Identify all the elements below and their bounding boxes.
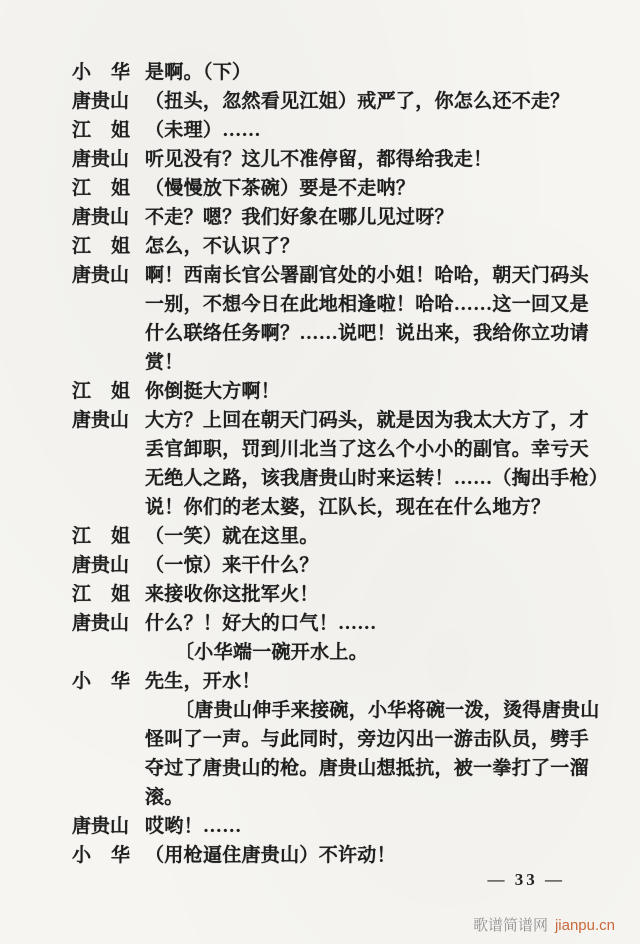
line-text: 滚。 [145,783,184,812]
speaker-name [72,783,130,812]
watermark-site-name: 歌谱简谱网 [473,917,548,934]
dialogue-line: 丢官卸职，罚到川北当了这么个小小的副官。幸亏天 [72,435,572,464]
speaker-name [72,290,130,319]
speaker-name: 唐贵山 [72,609,130,638]
speaker-name: 小华 [72,841,130,870]
dialogue-line: 唐贵山（扭头，忽然看见江姐）戒严了，你怎么还不走？ [72,87,572,116]
dialogue-line: 无绝人之路，该我唐贵山时来运转！……（掏出手枪） [72,464,572,493]
speaker-name [72,696,130,725]
speaker-name: 江姐 [72,232,130,261]
line-text: 什么？！好大的口气！…… [145,609,377,638]
speaker-name [72,464,130,493]
stage-direction-line: 〔小华端一碗开水上。 [72,638,572,667]
speaker-name: 江姐 [72,377,130,406]
line-text: （扭头，忽然看见江姐）戒严了，你怎么还不走？ [145,87,570,116]
dialogue-line: 说！你们的老太婆，江队长，现在在什么地方？ [72,493,572,522]
dialogue-line: 江姐怎么，不认识了？ [72,232,572,261]
stage-direction-line: 夺过了唐贵山的枪。唐贵山想抵抗，被一拳打了一溜 [72,754,572,783]
speaker-name: 唐贵山 [72,812,130,841]
dialogue-line: 江姐（一笑）就在这里。 [72,522,572,551]
dialogue-line: 一别，不想今日在此地相逢啦！哈哈……这一回又是 [72,290,572,319]
dialogue-line: 小华（用枪逼住唐贵山）不许动！ [72,841,572,870]
line-text: 〔唐贵山伸手来接碗，小华将碗一泼，烫得唐贵山 [145,696,600,725]
speaker-name: 江姐 [72,580,130,609]
line-text: 〔小华端一碗开水上。 [145,638,368,667]
dialogue-line: 唐贵山啊！西南长官公署副官处的小姐！哈哈，朝天门码头 [72,261,572,290]
line-text: 怎么，不认识了？ [145,232,299,261]
speaker-name: 唐贵山 [72,406,130,435]
speaker-name [72,319,130,348]
line-text: 哎哟！…… [145,812,242,841]
stage-direction-line: 滚。 [72,783,572,812]
line-text: 大方？上回在朝天门码头，就是因为我太大方了，才 [145,406,589,435]
speaker-name: 小华 [72,667,130,696]
stage-direction-line: 〔唐贵山伸手来接碗，小华将碗一泼，烫得唐贵山 [72,696,572,725]
line-text: 什么联络任务啊？……说吧！说出来，我给你立功请 [145,319,589,348]
dialogue-line: 江姐来接收你这批军火！ [72,580,572,609]
line-text: （未理）…… [145,116,261,145]
line-text: 听见没有？这儿不准停留，都得给我走！ [145,145,492,174]
dialogue-line: 唐贵山大方？上回在朝天门码头，就是因为我太大方了，才 [72,406,572,435]
line-text: 丢官卸职，罚到川北当了这么个小小的副官。幸亏天 [145,435,589,464]
scanned-script-page: 小华是啊。（下）唐贵山（扭头，忽然看见江姐）戒严了，你怎么还不走？江姐（未理）…… [0,0,640,944]
dialogue-line: 小华是啊。（下） [72,58,572,87]
speaker-name: 江姐 [72,116,130,145]
speaker-name [72,638,130,667]
dialogue-line: 唐贵山什么？！好大的口气！…… [72,609,572,638]
stage-direction-line: 怪叫了一声。与此同时，旁边闪出一游击队员，劈手 [72,725,572,754]
watermark-site-url: jianpu.cn [555,917,615,934]
watermark: 歌谱简谱网jianpu.cn [473,917,615,935]
dialogue-line: 唐贵山听见没有？这儿不准停留，都得给我走！ [72,145,572,174]
dialogue-line: 唐贵山哎哟！…… [72,812,572,841]
line-text: （一笑）就在这里。 [145,522,319,551]
line-text: 来接收你这批军火！ [145,580,319,609]
dialogue-line: 江姐（慢慢放下茶碗）要是不走呐？ [72,174,572,203]
dialogue-line: 赏！ [72,348,572,377]
line-text: （用枪逼住唐贵山）不许动！ [145,841,396,870]
line-text: （一惊）来干什么？ [145,551,319,580]
dialogue-line: 什么联络任务啊？……说吧！说出来，我给你立功请 [72,319,572,348]
page-number: — 33 — [488,869,566,891]
line-text: 啊！西南长官公署副官处的小姐！哈哈，朝天门码头 [145,261,589,290]
speaker-name: 唐贵山 [72,145,130,174]
speaker-name: 唐贵山 [72,87,130,116]
speaker-name: 唐贵山 [72,261,130,290]
speaker-name [72,493,130,522]
speaker-name: 小华 [72,58,130,87]
line-text: 一别，不想今日在此地相逢啦！哈哈……这一回又是 [145,290,589,319]
line-text: 夺过了唐贵山的枪。唐贵山想抵抗，被一拳打了一溜 [145,754,589,783]
speaker-name: 江姐 [72,174,130,203]
dialogue-line: 小华先生，开水！ [72,667,572,696]
speaker-name [72,435,130,464]
speaker-name [72,754,130,783]
dialogue-line: 江姐（未理）…… [72,116,572,145]
line-text: （慢慢放下茶碗）要是不走呐？ [145,174,415,203]
speaker-name: 唐贵山 [72,203,130,232]
line-text: 怪叫了一声。与此同时，旁边闪出一游击队员，劈手 [145,725,589,754]
line-text: 先生，开水！ [145,667,261,696]
line-text: 不走？嗯？我们好象在哪儿见过呀？ [145,203,454,232]
dialogue-line: 唐贵山（一惊）来干什么？ [72,551,572,580]
script-body: 小华是啊。（下）唐贵山（扭头，忽然看见江姐）戒严了，你怎么还不走？江姐（未理）…… [72,58,572,870]
speaker-name [72,348,130,377]
line-text: 无绝人之路，该我唐贵山时来运转！……（掏出手枪） [145,464,608,493]
line-text: 说！你们的老太婆，江队长，现在在什么地方？ [145,493,550,522]
line-text: 你倒挺大方啊！ [145,377,280,406]
speaker-name: 江姐 [72,522,130,551]
dialogue-line: 江姐你倒挺大方啊！ [72,377,572,406]
dialogue-line: 唐贵山不走？嗯？我们好象在哪儿见过呀？ [72,203,572,232]
speaker-name: 唐贵山 [72,551,130,580]
speaker-name [72,725,130,754]
line-text: 赏！ [145,348,184,377]
line-text: 是啊。（下） [145,58,251,87]
